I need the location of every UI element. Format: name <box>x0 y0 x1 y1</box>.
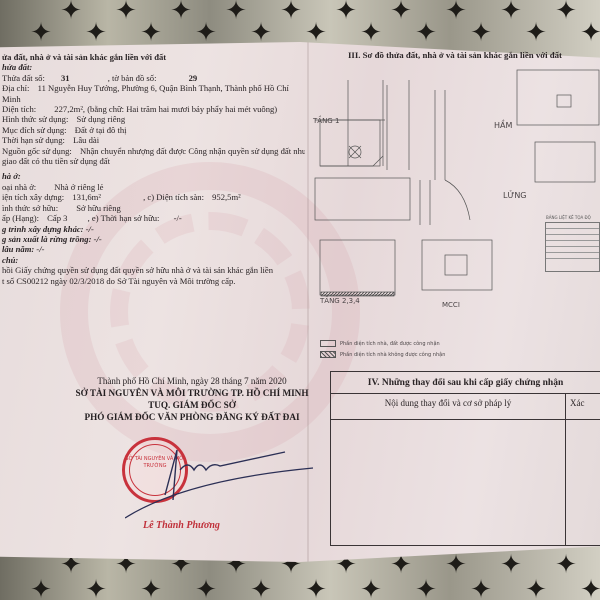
perforation: ✦ <box>250 579 272 600</box>
floor-area-value: 952,5m² <box>212 192 241 202</box>
perforation: ✦ <box>555 554 577 576</box>
issuing-agency: SỞ TÀI NGUYÊN VÀ MÔI TRƯỜNG TP. HỒ CHÍ M… <box>62 387 322 399</box>
house-type-row: oại nhà ở: Nhà ở riêng lẻ <box>0 182 305 192</box>
perforation: ✦ <box>525 22 547 44</box>
perforation: ✦ <box>390 554 412 576</box>
certificate-left-page: ửa đất, nhà ở và tài sản khác gắn liền v… <box>0 42 305 286</box>
map-number: 29 <box>189 73 198 83</box>
perforation: ✦ <box>500 554 522 576</box>
legend-not-recognized: Phần diện tích nhà không được công nhận <box>320 351 445 358</box>
house-section-label: hà ở: <box>0 171 305 181</box>
grade-row: ấp (Hạng): Cấp 3 , e) Thời hạn sở hữu: -… <box>0 213 305 223</box>
perforation: ✦ <box>415 22 437 44</box>
address-value: 11 Nguyễn Huy Tưởng, Phường 6, Quận Bình… <box>38 83 289 93</box>
perforation: ✦ <box>305 22 327 44</box>
other-works-row: g trình xây dựng khác: -/- <box>0 224 305 234</box>
plan-label-tang1: TẦNG 1 <box>313 117 339 125</box>
parcel-row: Thửa đất số: 31 , tờ bản đồ số: 29 <box>0 73 305 83</box>
perforation: ✦ <box>500 0 522 22</box>
perforation: ✦ <box>30 22 52 44</box>
built-area-row: iện tích xây dựng: 131,6m² , c) Diện tíc… <box>0 192 305 202</box>
perforation: ✦ <box>580 579 600 600</box>
perforation: ✦ <box>30 579 52 600</box>
plan-label-lung: LỬNG <box>503 191 527 200</box>
signature-block: Thành phố Hồ Chí Minh, ngày 28 tháng 7 n… <box>62 375 322 423</box>
perforation: ✦ <box>250 22 272 44</box>
perforation: ✦ <box>580 22 600 44</box>
plan-label-ham: HẦM <box>494 121 512 130</box>
signer-title: PHÓ GIÁM ĐỐC VĂN PHÒNG ĐĂNG KÝ ĐẤT ĐAI <box>62 411 322 423</box>
parcel-number: 31 <box>61 73 70 83</box>
perforation: ✦ <box>305 579 327 600</box>
coordinate-table: BẢNG LIỆT KÊ TỌA ĐỘ <box>545 222 600 272</box>
perforation: ✦ <box>525 579 547 600</box>
authority-line: TUQ. GIÁM ĐỐC SỞ <box>62 399 322 411</box>
plan-section-title: III. Sơ đồ thửa đất, nhà ở và tài sản kh… <box>348 50 562 60</box>
perforation: ✦ <box>280 0 302 22</box>
perforation: ✦ <box>445 554 467 576</box>
perforation: ✦ <box>445 0 467 22</box>
changes-title: IV. Những thay đổi sau khi cấp giấy chứn… <box>331 372 600 394</box>
plan-label-mcci: MCCI <box>442 301 460 309</box>
perforation: ✦ <box>415 579 437 600</box>
perforation: ✦ <box>195 579 217 600</box>
purpose-row: Mục đích sử dụng: Đất ở tại đô thị <box>0 125 305 135</box>
plan-legend: Phần diện tích nhà, đất được công nhận P… <box>320 340 445 362</box>
changes-table: IV. Những thay đổi sau khi cấp giấy chứn… <box>330 371 600 546</box>
address-continued: Minh <box>0 94 305 104</box>
perforation: ✦ <box>140 22 162 44</box>
perforation: ✦ <box>115 0 137 22</box>
col-confirm: Xác <box>566 394 600 419</box>
perforation: ✦ <box>170 0 192 22</box>
origin-continued: giao đất có thu tiền sử dụng đất <box>0 156 305 166</box>
notes-continued: t số CS00212 ngày 02/3/2018 do Sở Tài ng… <box>0 276 305 286</box>
origin-row: Nguồn gốc sử dụng: Nhận chuyển nhượng đấ… <box>0 146 305 156</box>
perforation: ✦ <box>140 579 162 600</box>
perforation: ✦ <box>335 0 357 22</box>
notes-text: hồi Giấy chứng quyền sử dụng đất quyền s… <box>0 265 305 275</box>
land-section-label: hửa đất: <box>0 62 305 72</box>
left-heading: ửa đất, nhà ở và tài sản khác gắn liền v… <box>0 52 305 62</box>
signature-scribble <box>125 440 315 520</box>
signer-name: Lê Thành Phương <box>143 520 220 531</box>
changes-body <box>331 420 600 546</box>
site-plan-drawing <box>305 60 600 360</box>
perforation: ✦ <box>470 22 492 44</box>
address-row: Địa chỉ: 11 Nguyễn Huy Tưởng, Phường 6, … <box>0 83 305 93</box>
legend-recognized: Phần diện tích nhà, đất được công nhận <box>320 340 445 347</box>
perforation: ✦ <box>360 579 382 600</box>
perforation: ✦ <box>85 22 107 44</box>
plan-label-tang234: TẦNG 2,3,4 <box>320 297 360 305</box>
perforation: ✦ <box>390 0 412 22</box>
perforation: ✦ <box>470 579 492 600</box>
place-date: Thành phố Hồ Chí Minh, ngày 28 tháng 7 n… <box>62 375 322 387</box>
term-row: Thời hạn sử dụng: Lâu dài <box>0 135 305 145</box>
perforation: ✦ <box>60 0 82 22</box>
area-value: 227,2m², (bằng chữ: Hai trăm hai mươi bả… <box>54 104 277 114</box>
perforation: ✦ <box>555 0 577 22</box>
perforation: ✦ <box>360 22 382 44</box>
notes-label: chú: <box>0 255 305 265</box>
forest-row: g sản xuất là rừng trồng: -/- <box>0 234 305 244</box>
use-form-row: Hình thức sử dụng: Sử dụng riêng <box>0 114 305 124</box>
perforation: ✦ <box>85 579 107 600</box>
col-content: Nội dung thay đổi và cơ sở pháp lý <box>331 394 566 419</box>
changes-header-row: Nội dung thay đổi và cơ sở pháp lý Xác <box>331 394 600 420</box>
ownership-row: ình thức sở hữu: Sở hữu riêng <box>0 203 305 213</box>
perforation: ✦ <box>225 0 247 22</box>
perennial-row: lâu năm: -/- <box>0 244 305 254</box>
perforation: ✦ <box>195 22 217 44</box>
area-row: Diện tích: 227,2m², (bằng chữ: Hai trăm … <box>0 104 305 114</box>
